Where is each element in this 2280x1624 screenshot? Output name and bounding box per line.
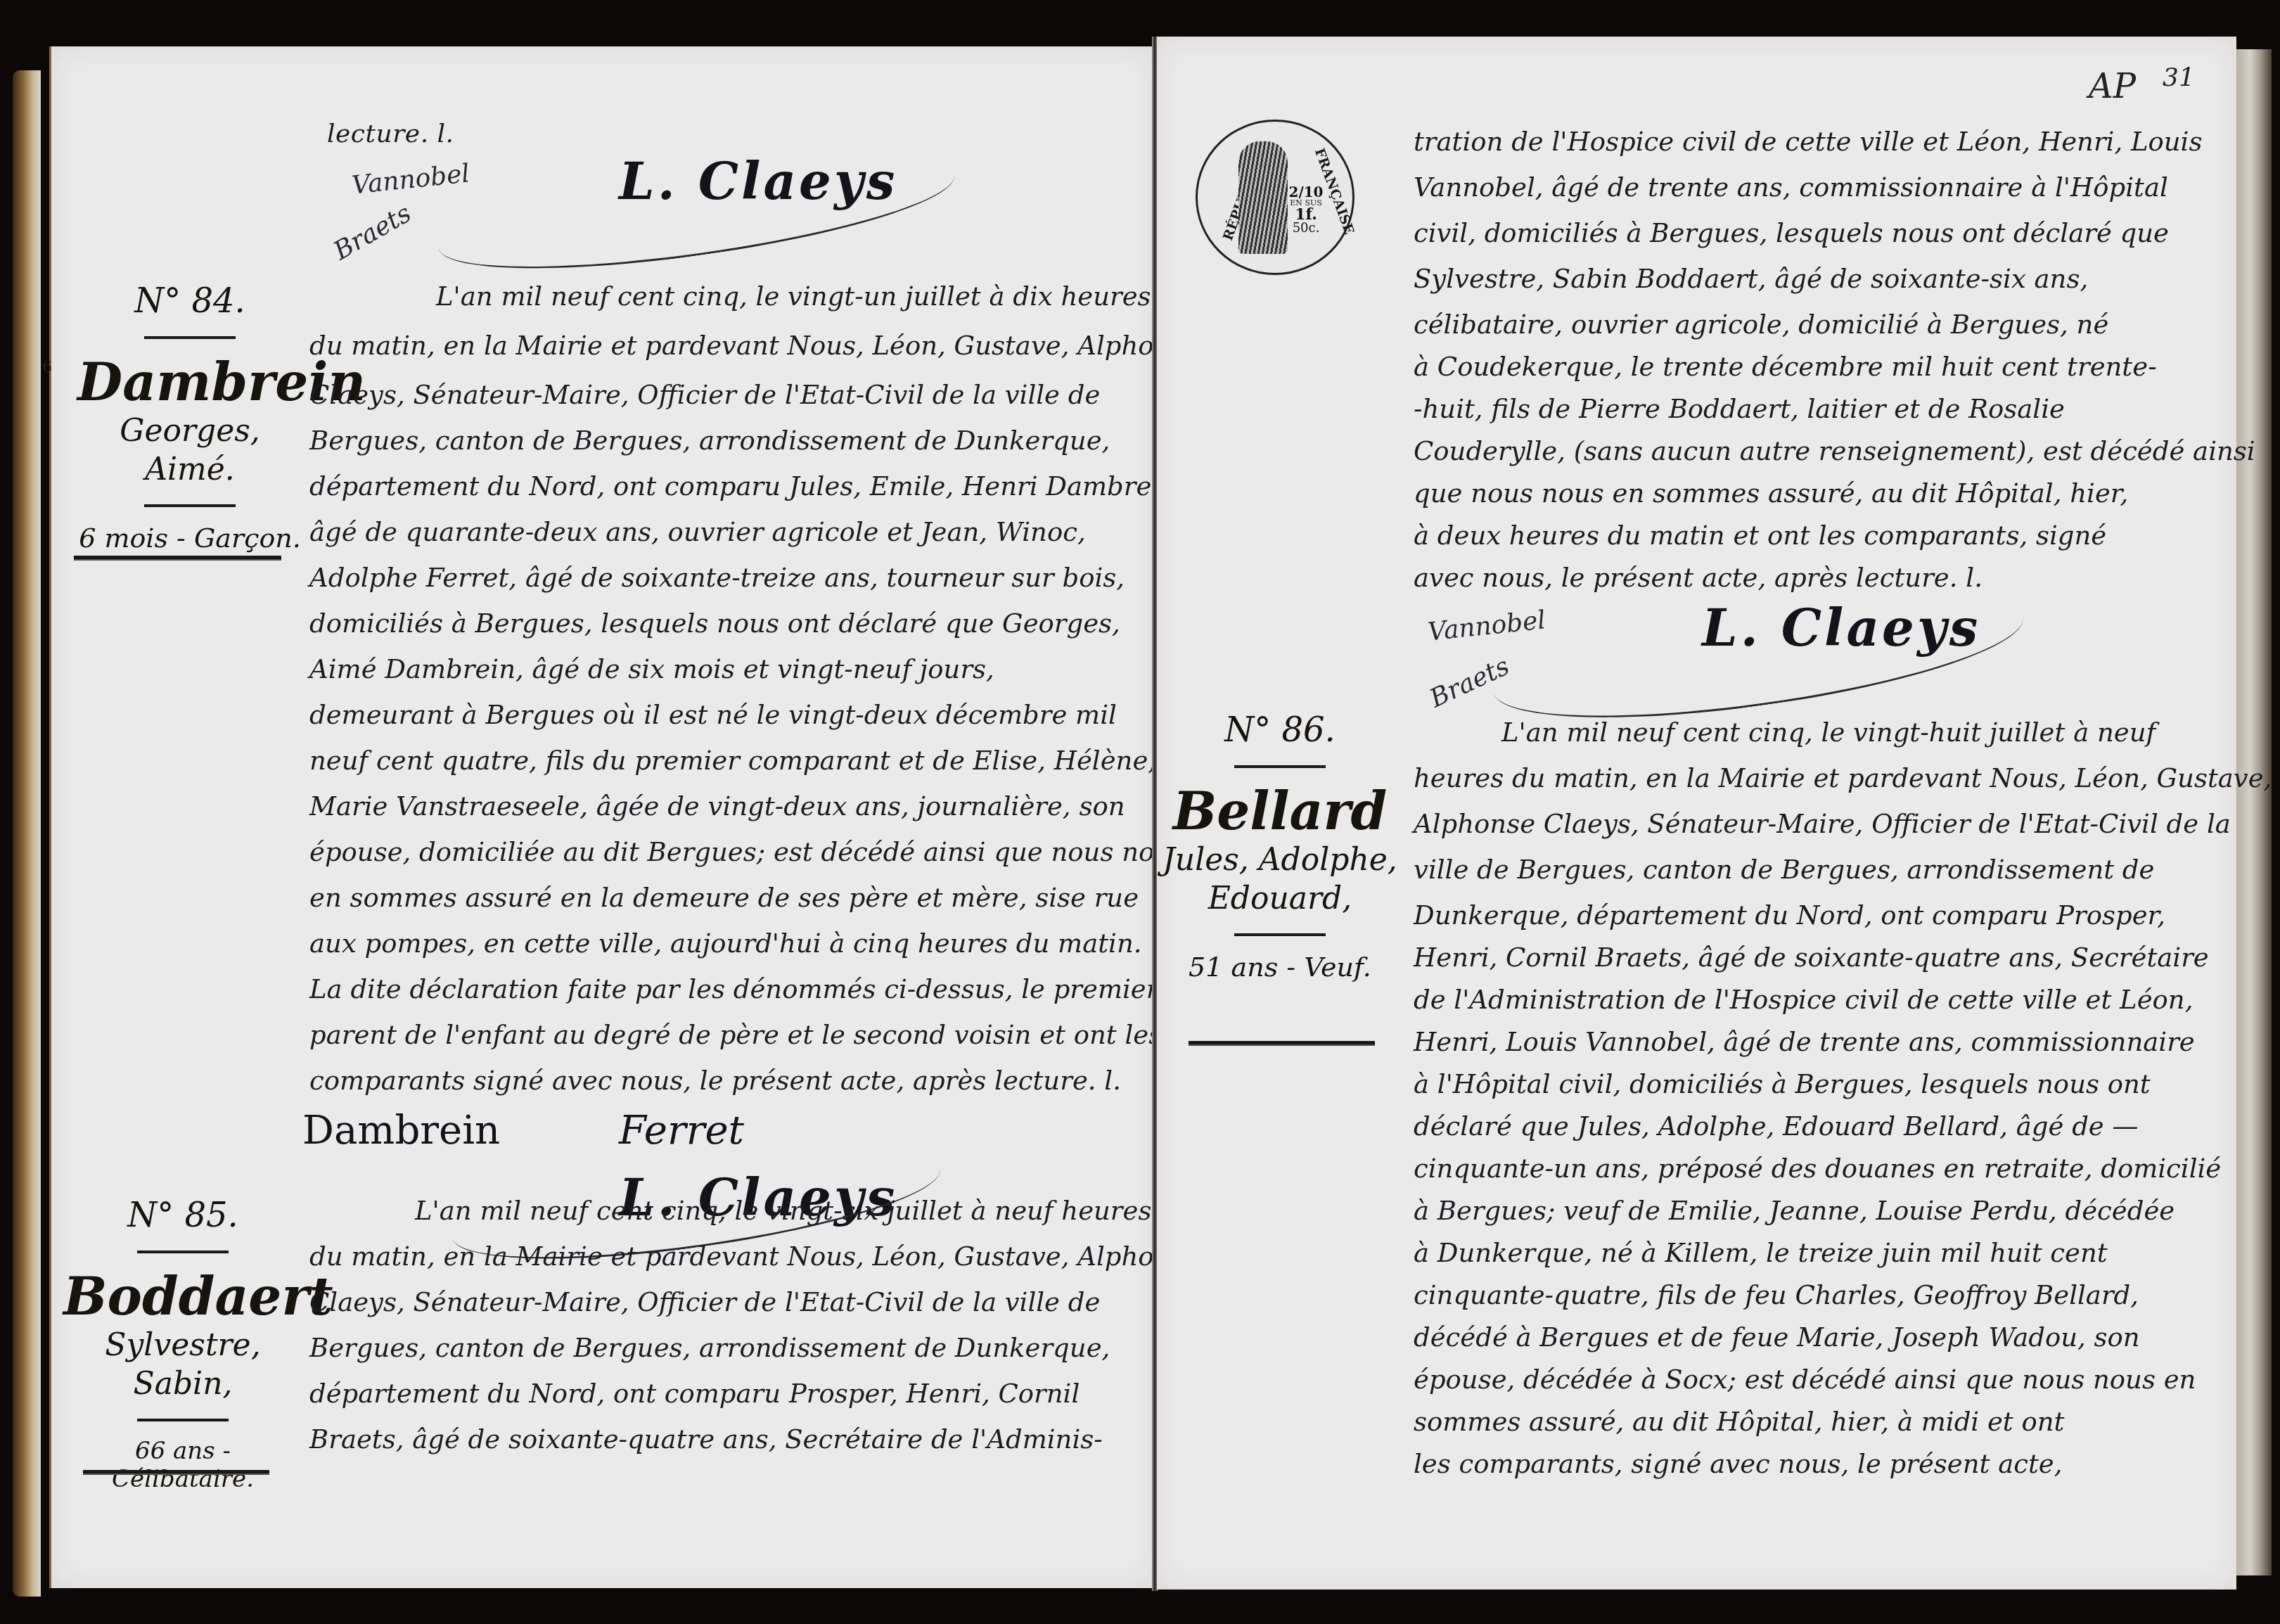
text-line: demeurant à Bergues où il est né le ving…	[309, 700, 1117, 730]
text-line: heures du matin, en la Mairie et pardeva…	[1414, 763, 2272, 793]
act-number: N° 85.	[63, 1196, 302, 1235]
text-line: ville de Bergues, canton de Bergues, arr…	[1414, 855, 2154, 885]
book-edge-right	[2236, 49, 2272, 1575]
text-line: Aimé Dambrein, âgé de six mois et vingt-…	[309, 654, 994, 684]
act-84-margin: N° 84. Dambrein Georges, Aimé. 6 mois - …	[77, 281, 302, 554]
top-fragment: lecture. l.	[327, 120, 454, 148]
stamp-value: 2/10 EN SUS 1f. 50c.	[1286, 185, 1326, 235]
deceased-age-status: 66 ans - Célibataire.	[63, 1437, 302, 1493]
text-line: Braets, âgé de soixante-quatre ans, Secr…	[309, 1424, 1103, 1454]
act-separator	[74, 556, 281, 561]
text-line: Marie Vanstraeseele, âgée de vingt-deux …	[309, 791, 1125, 821]
divider	[1234, 765, 1326, 768]
text-line: L'an mil neuf cent cinq, le vingt-huit j…	[1501, 717, 2156, 748]
book-edge-left	[13, 70, 41, 1597]
act-86-margin: N° 86. Bellard Jules, Adolphe, Edouard, …	[1160, 710, 1400, 983]
tax-stamp-seal: RÉPUBLIQUE FRANÇAISE 2/10 EN SUS 1f. 50c…	[1196, 120, 1354, 275]
deceased-given-names: Edouard,	[1160, 879, 1400, 918]
stamp-value-top: 2/10	[1286, 185, 1326, 199]
divider	[144, 336, 236, 339]
text-line: décédé à Bergues et de feue Marie, Josep…	[1414, 1322, 2140, 1353]
text-line: Claeys, Sénateur-Maire, Officier de l'Et…	[309, 1287, 1100, 1317]
text-line: Sylvestre, Sabin Boddaert, âgé de soixan…	[1414, 264, 2088, 294]
act-number: N° 86.	[1160, 710, 1400, 750]
text-line: à Coudekerque, le trente décembre mil hu…	[1414, 352, 2157, 382]
act-separator	[1189, 1041, 1375, 1046]
stamp-value-cents: 50c.	[1286, 222, 1326, 235]
text-line: en sommes assuré en la demeure de ses pè…	[309, 883, 1139, 913]
text-line: Alphonse Claeys, Sénateur-Maire, Officie…	[1414, 809, 2231, 839]
text-line: à Bergues; veuf de Emilie, Jeanne, Louis…	[1414, 1196, 2175, 1226]
margin-mark: 6	[42, 359, 52, 376]
text-line: L'an mil neuf cent cinq, le vingt-un jui…	[436, 281, 1151, 312]
text-line: Adolphe Ferret, âgé de soixante-treize a…	[309, 563, 1125, 593]
text-line: du matin, en la Mairie et pardevant Nous…	[309, 331, 1199, 361]
text-line: département du Nord, ont comparu Prosper…	[309, 1379, 1080, 1409]
divider	[144, 504, 236, 507]
text-line: à deux heures du matin et ont les compar…	[1414, 520, 2106, 551]
divider	[137, 1419, 229, 1421]
text-line: déclaré que Jules, Adolphe, Edouard Bell…	[1414, 1111, 2139, 1142]
stamp-value-franc: 1f.	[1286, 207, 1326, 222]
text-line: comparants signé avec nous, le présent a…	[309, 1066, 1121, 1096]
text-line: que nous nous en sommes assuré, au dit H…	[1414, 478, 2128, 509]
text-line: Bergues, canton de Bergues, arrondisseme…	[309, 1333, 1110, 1363]
act-85-margin: N° 85. Boddaert Sylvestre, Sabin, 66 ans…	[63, 1196, 302, 1493]
act-number: N° 84.	[77, 281, 302, 321]
text-line: Bergues, canton de Bergues, arrondisseme…	[309, 426, 1110, 456]
page-number: 31	[2163, 63, 2195, 92]
text-line: à l'Hôpital civil, domiciliés à Bergues,…	[1414, 1069, 2151, 1099]
text-line: les comparants, signé avec nous, le prés…	[1414, 1449, 2062, 1479]
text-line: département du Nord, ont comparu Jules, …	[309, 471, 1185, 501]
text-line: épouse, décédée à Socx; est décédé ainsi…	[1414, 1364, 2196, 1395]
text-line: sommes assuré, au dit Hôpital, hier, à m…	[1414, 1407, 2064, 1437]
text-line: -huit, fils de Pierre Boddaert, laitier …	[1414, 394, 2065, 424]
text-line: aux pompes, en cette ville, aujourd'hui …	[309, 928, 1142, 959]
deceased-given-names: Jules, Adolphe,	[1160, 840, 1400, 879]
divider	[1234, 933, 1326, 936]
deceased-age-status: 51 ans - Veuf.	[1160, 952, 1400, 983]
deceased-given-names: Georges, Aimé.	[77, 411, 302, 489]
text-line: L'an mil neuf cent cinq, le vingt-six ju…	[415, 1196, 1151, 1226]
divider	[137, 1251, 229, 1253]
text-line: Henri, Cornil Braets, âgé de soixante-qu…	[1414, 942, 2209, 973]
declarant-signature: Dambrein	[302, 1108, 500, 1153]
text-line: tration de l'Hospice civil de cette vill…	[1414, 127, 2202, 157]
deceased-surname: Boddaert	[63, 1269, 302, 1326]
text-line: Couderylle, (sans aucun autre renseignem…	[1414, 436, 2255, 466]
text-line: à Dunkerque, né à Killem, le treize juin…	[1414, 1238, 2108, 1268]
text-line: de l'Administration de l'Hospice civil d…	[1414, 985, 2193, 1015]
text-line: Dunkerque, département du Nord, ont comp…	[1414, 900, 2165, 931]
text-line: civil, domiciliés à Bergues, lesquels no…	[1414, 218, 2169, 248]
text-line: neuf cent quatre, fils du premier compar…	[309, 746, 1156, 776]
text-line: Henri, Louis Vannobel, âgé de trente ans…	[1414, 1027, 2195, 1057]
text-line: domiciliés à Bergues, lesquels nous ont …	[309, 608, 1120, 639]
deceased-surname: Dambrein	[77, 354, 302, 411]
text-line: La dite déclaration faite par les dénomm…	[309, 974, 1158, 1004]
text-line: cinquante-quatre, fils de feu Charles, G…	[1414, 1280, 2139, 1310]
folio-initials: AP	[2089, 67, 2136, 106]
text-line: cinquante-un ans, préposé des douanes en…	[1414, 1153, 2221, 1184]
text-line: célibataire, ouvrier agricole, domicilié…	[1414, 309, 2108, 340]
text-line: parent de l'enfant au degré de père et l…	[309, 1020, 1162, 1050]
text-line: du matin, en la Mairie et pardevant Nous…	[309, 1241, 1199, 1272]
act-separator	[83, 1470, 269, 1475]
text-line: âgé de quarante-deux ans, ouvrier agrico…	[309, 517, 1086, 547]
marianne-justice-figure-icon	[1238, 141, 1288, 254]
text-line: épouse, domiciliée au dit Bergues; est d…	[309, 837, 1184, 867]
declarant-signature: Ferret	[619, 1108, 744, 1153]
deceased-surname: Bellard	[1160, 784, 1400, 840]
text-line: Claeys, Sénateur-Maire, Officier de l'Et…	[309, 380, 1100, 410]
deceased-given-names: Sylvestre, Sabin,	[63, 1326, 302, 1403]
text-line: Vannobel, âgé de trente ans, commissionn…	[1414, 172, 2168, 203]
deceased-age-status: 6 mois - Garçon.	[77, 523, 302, 554]
